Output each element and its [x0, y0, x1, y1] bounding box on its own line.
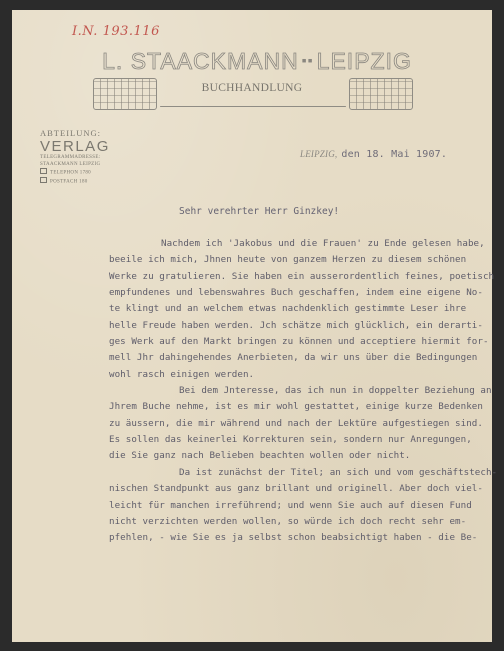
postfach-line: POSTFACH 180	[40, 177, 110, 186]
firm-name-right: LEIPZIG	[317, 48, 412, 74]
telephone-number: TELEPHON 1780	[50, 171, 91, 176]
letter-body: Nachdem ich 'Jakobus und die Frauen' zu …	[109, 236, 489, 547]
ornament-left-icon	[93, 78, 157, 110]
letterhead-firm-name: L. STAACKMANN▪▪LEIPZIG	[92, 48, 422, 75]
letter-line: Es sollen das keinerlei Korrekturen sein…	[109, 432, 489, 448]
letter-line: Jhrem Buche nehme, ist es mir wohl gesta…	[109, 399, 489, 415]
ornament-right-icon	[349, 78, 413, 110]
letter-line: Bei dem Jnteresse, das ich nun in doppel…	[109, 383, 489, 399]
letter-line: wohl rasch einigen werden.	[109, 367, 489, 383]
telephone-box-icon	[40, 168, 47, 174]
letter-line: pfehlen, - wie Sie es ja selbst schon be…	[109, 530, 489, 546]
department-name: VERLAG	[40, 139, 110, 154]
archive-inventory-mark: I.N. 193.116	[72, 24, 160, 39]
salutation: Sehr verehrter Herr Ginzkey!	[179, 206, 339, 217]
letter-line: die Sie ganz nach Belieben beachten woll…	[109, 448, 489, 464]
telegram-address: STAACKMANN LEIPZIG	[40, 161, 110, 168]
firm-name-left: L. STAACKMANN	[102, 48, 299, 74]
telephone-line: TELEPHON 1780	[40, 168, 110, 177]
letter-line: Werke zu gratulieren. Sie haben ein auss…	[109, 269, 489, 285]
telegram-label: TELEGRAMMADRESSE:	[40, 154, 110, 161]
letter-line: Nachdem ich 'Jakobus und die Frauen' zu …	[109, 236, 489, 252]
letter-line: Da ist zunächst der Titel; an sich und v…	[109, 465, 489, 481]
letter-line: helle Freude haben werden. Jch schätze m…	[109, 318, 489, 334]
dateline-place: LEIPZIG,	[300, 149, 337, 159]
letterhead-rule	[160, 106, 346, 107]
letter-line: te klingt und an welchem etwas nachdenkl…	[109, 301, 489, 317]
dateline-date: den 18. Mai 1907.	[341, 149, 447, 160]
postfach-number: POSTFACH 180	[50, 179, 88, 184]
department-label: ABTEILUNG:	[40, 128, 110, 138]
postfach-box-icon	[40, 177, 47, 183]
dateline: LEIPZIG,den 18. Mai 1907.	[300, 149, 447, 160]
letter-line: zu äussern, die mir während und nach der…	[109, 416, 489, 432]
letter-line: nicht verzichten werden wollen, so würde…	[109, 514, 489, 530]
letterhead-subtitle: BUCHHANDLUNG	[162, 82, 342, 94]
letter-line: nischen Standpunkt aus ganz brillant und…	[109, 481, 489, 497]
letter-line: mell Jhr dahingehendes Anerbieten, da wi…	[109, 350, 489, 366]
letter-line: beeile ich mich, Jhnen heute von ganzem …	[109, 252, 489, 268]
letter-line: ges Werk auf den Markt bringen zu können…	[109, 334, 489, 350]
department-block: ABTEILUNG: VERLAG TELEGRAMMADRESSE: STAA…	[40, 128, 110, 185]
letter-line: empfundenes und lebenswahres Buch gescha…	[109, 285, 489, 301]
letter-page: I.N. 193.116 L. STAACKMANN▪▪LEIPZIG BUCH…	[12, 10, 492, 642]
letterhead-separator-icon: ▪▪	[302, 52, 314, 68]
letter-line: leicht für manchen irreführend; und wenn…	[109, 498, 489, 514]
